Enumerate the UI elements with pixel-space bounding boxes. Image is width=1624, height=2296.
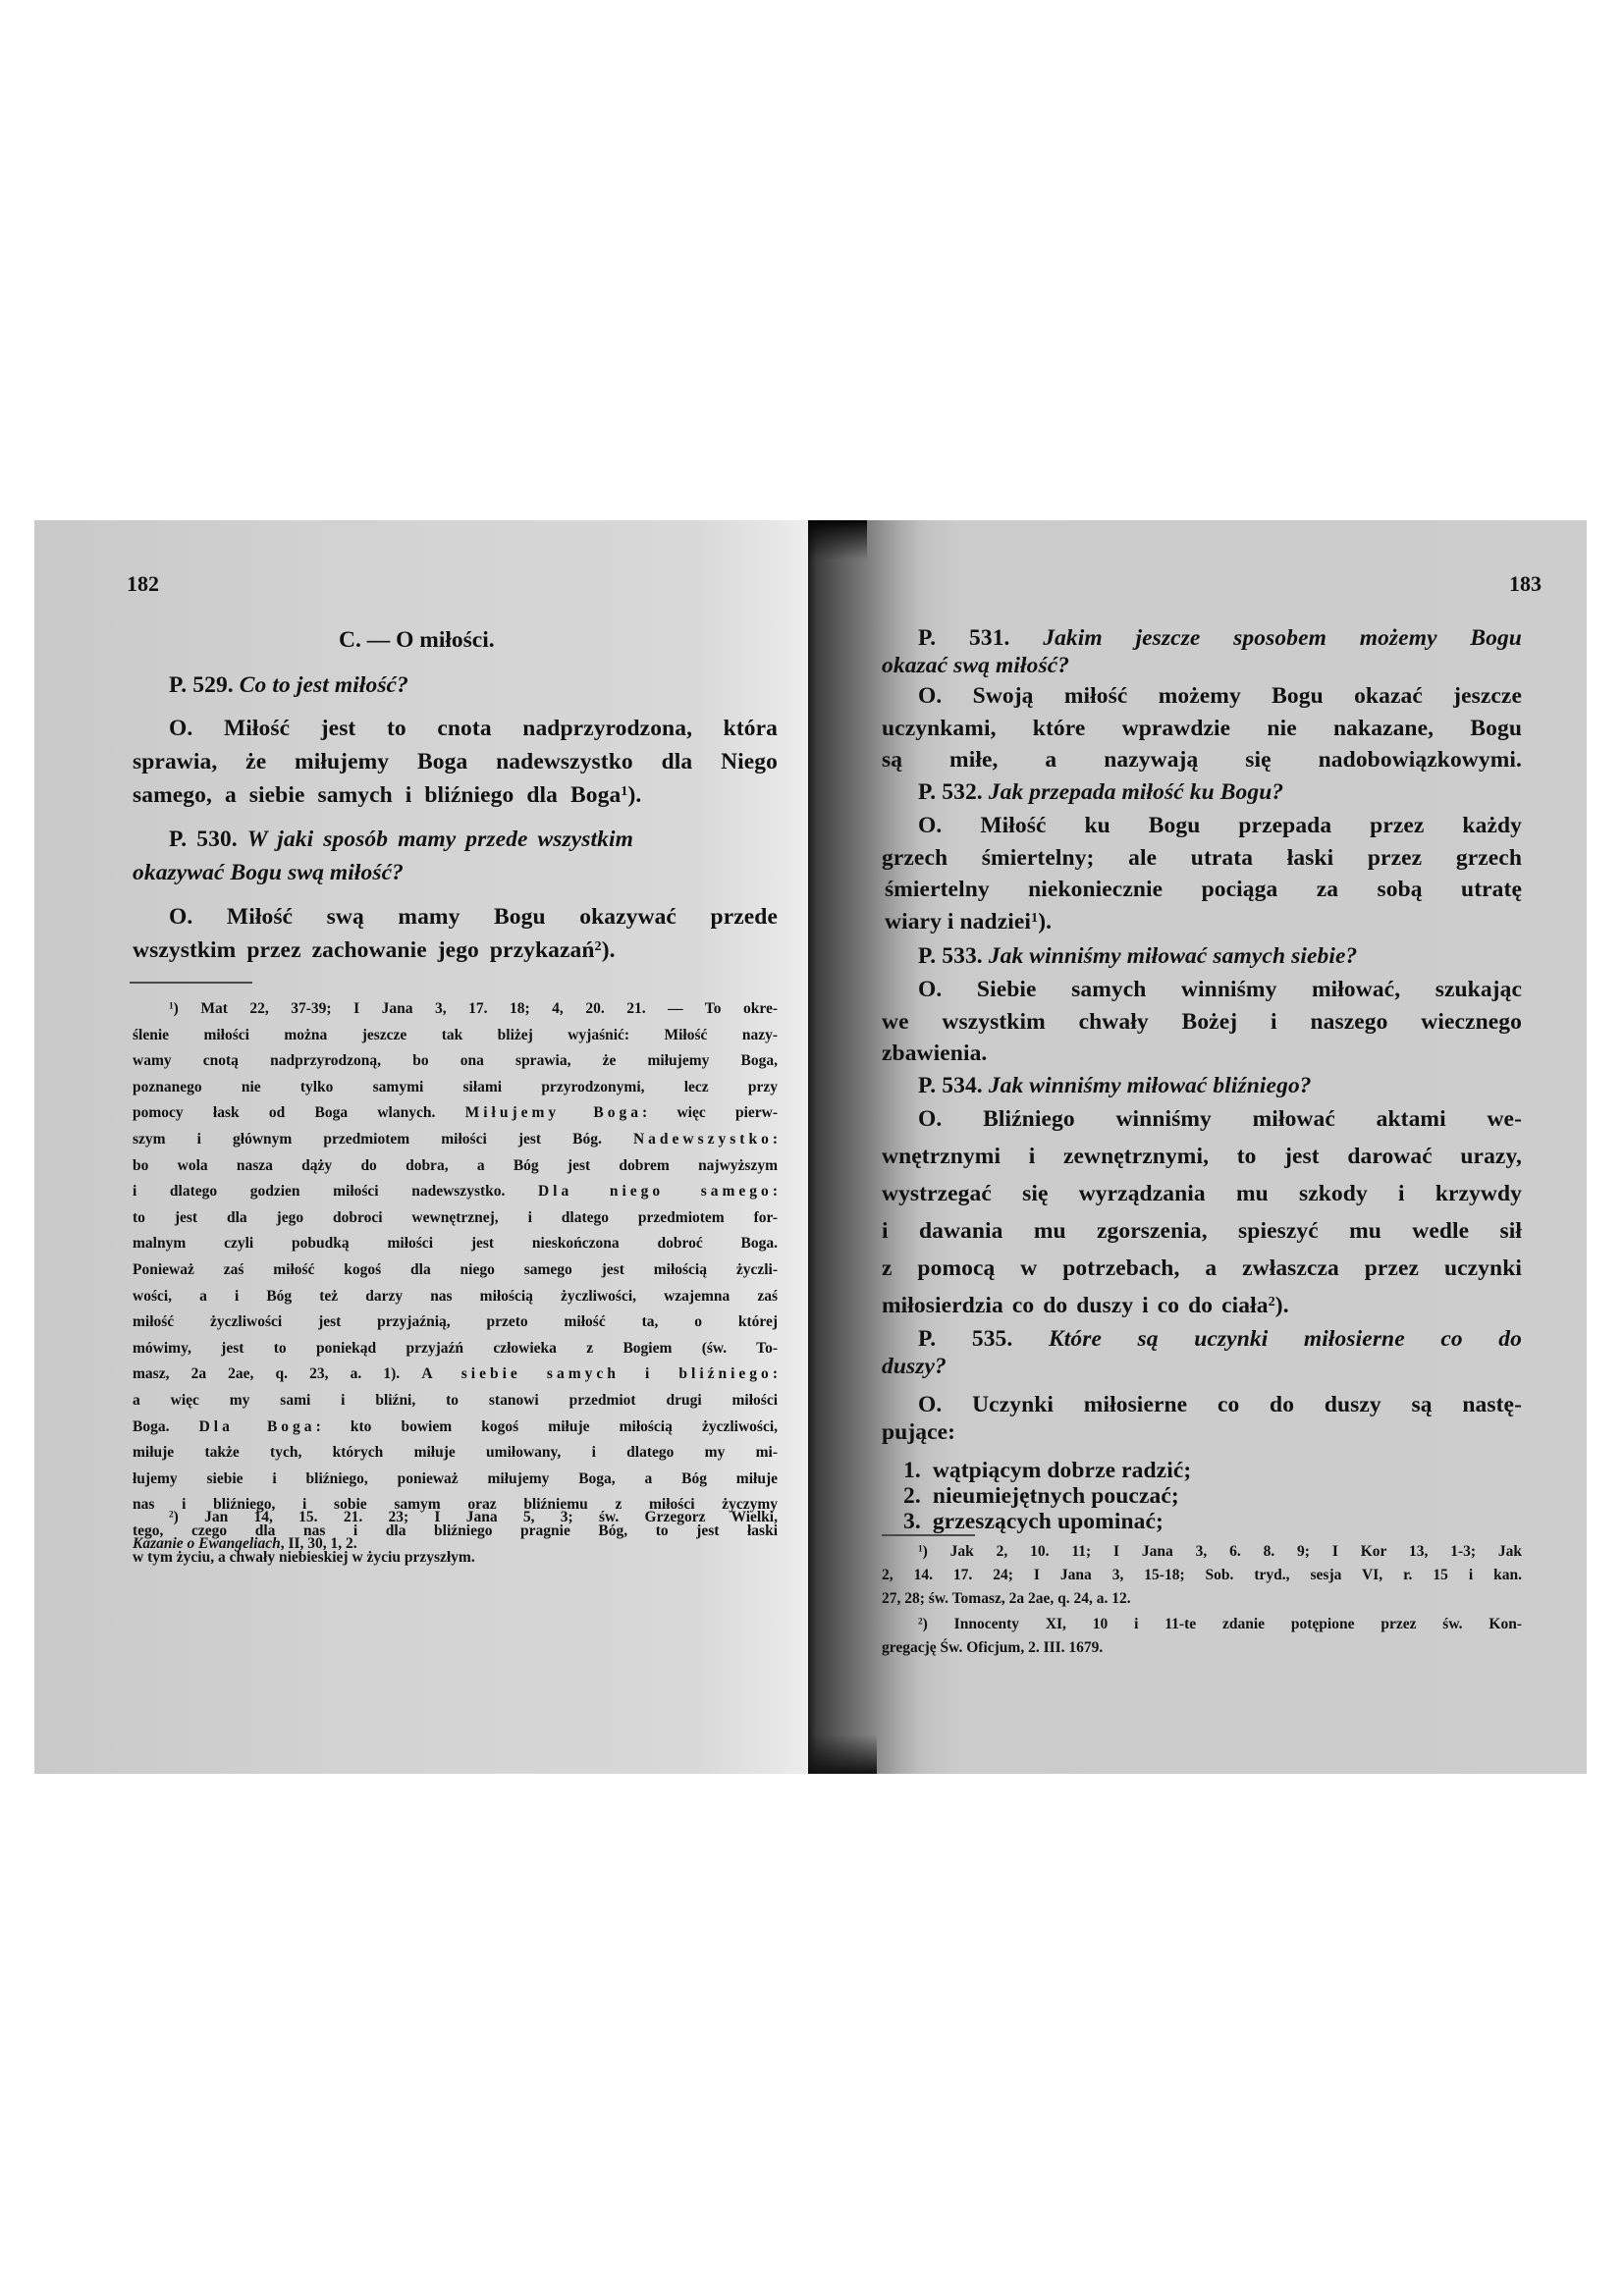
page-number: 183 <box>1509 571 1542 597</box>
list-item: 2.nieumiejętnych pouczać; <box>903 1483 1179 1510</box>
footnote-ref[interactable]: 2 <box>595 938 602 954</box>
list-item: 1.wątpiącym dobrze radzić; <box>903 1458 1191 1484</box>
question-532: P. 532. Jak przepada miłość ku Bogu? <box>918 779 1283 806</box>
question-533: P. 533. Jak winniśmy miłować samych sieb… <box>918 943 1357 970</box>
section-title: C. — O miłości. <box>339 627 495 654</box>
footnote-separator <box>882 1534 975 1536</box>
question-529: P. 529. Co to jest miłość? <box>169 672 408 699</box>
book-scan: 182 C. — O miłości. P. 529. Co to jest m… <box>34 520 1587 1774</box>
footnote-ref[interactable]: 2 <box>1269 1294 1275 1309</box>
list-item: 3.grzeszących upominać; <box>903 1509 1164 1535</box>
footnote-separator <box>130 982 252 984</box>
question-534: P. 534. Jak winniśmy miłować bliźniego? <box>918 1073 1312 1099</box>
right-page: 183 P. 531. Jakim jeszcze sposobem możem… <box>808 520 1587 1774</box>
left-page: 182 C. — O miłości. P. 529. Co to jest m… <box>34 520 808 1774</box>
page-number: 182 <box>127 571 159 597</box>
